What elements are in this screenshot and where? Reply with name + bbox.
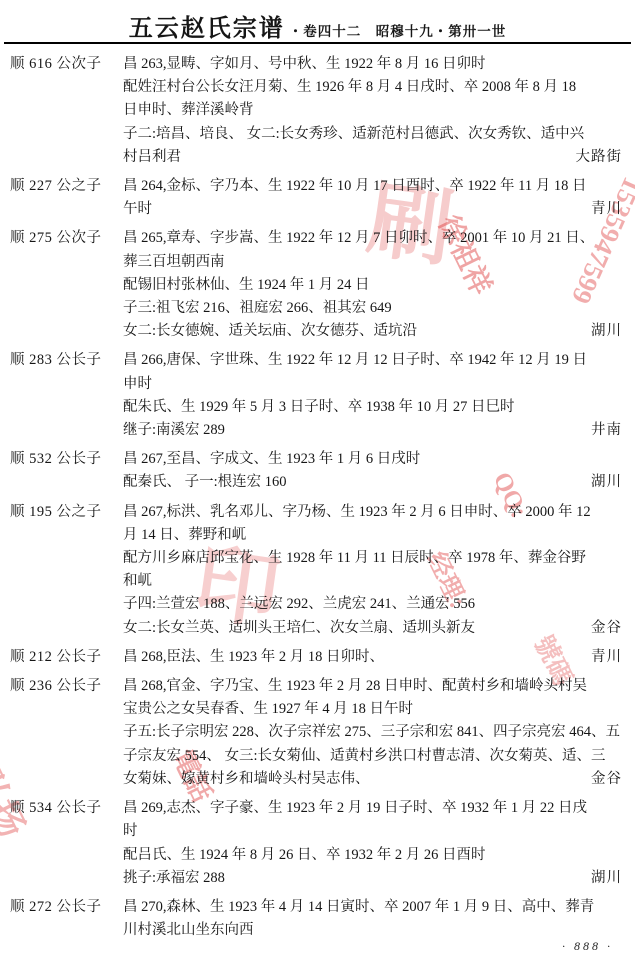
entry-line-text: 昌 265,章寿、字步嵩、生 1922 年 12 月 7 日卯时、卒 2001 … — [123, 227, 594, 250]
genealogy-entry: 顺 227 公之子昌 264,金标、字乃本、生 1922 年 10 月 17 日… — [10, 175, 622, 221]
residence-place: 湖川 — [583, 867, 622, 890]
entry-line: 村吕利君大路街 — [123, 146, 622, 169]
entry-line: 配秦氏、 子一:根连宏 160湖川 — [123, 471, 622, 494]
entry-line: 川村溪北山坐东向西 — [123, 919, 622, 942]
entry-content: 昌 267,至昌、字成文、生 1923 年 1 月 6 日戌时配秦氏、 子一:根… — [123, 448, 622, 494]
entry-line: 昌 269,志杰、字子豪、生 1923 年 2 月 19 日子时、卒 1932 … — [123, 797, 622, 820]
genealogy-entry: 顺 272 公长子昌 270,森林、生 1923 年 4 月 14 日寅时、卒 … — [10, 896, 622, 942]
entry-line: 宝贵公之女吴春香、生 1927 年 4 月 18 日午时 — [123, 698, 622, 721]
residence-place: 青川 — [583, 646, 622, 669]
entry-relation-label: 顺 532 公长子 — [10, 448, 123, 494]
entry-line: 配吕氏、生 1924 年 8 月 26 日、卒 1932 年 2 月 26 日酉… — [123, 844, 622, 867]
entry-line-text: 子二:培昌、培良、 女二:长女秀珍、适新范村吕德武、次女秀钦、适中兴 — [123, 123, 584, 146]
residence-place: 井南 — [583, 419, 622, 442]
entry-line: 葬三百坦朝西南 — [123, 251, 622, 274]
residence-place: 湖川 — [583, 320, 622, 343]
entry-line: 月 14 日、葬野和屼 — [123, 524, 622, 547]
entry-line-text: 宝贵公之女吴春香、生 1927 年 4 月 18 日午时 — [123, 698, 413, 721]
entry-line: 昌 264,金标、字乃本、生 1922 年 10 月 17 日酉时、卒 1922… — [123, 175, 622, 198]
entry-line-text: 昌 264,金标、字乃本、生 1922 年 10 月 17 日酉时、卒 1922… — [123, 175, 586, 198]
entry-line-text: 挑子:承福宏 288 — [123, 867, 225, 890]
entry-relation-label: 顺 272 公长子 — [10, 896, 123, 942]
entry-line: 配锡旧村张林仙、生 1924 年 1 月 24 日 — [123, 274, 622, 297]
entry-line: 继子:南溪宏 289井南 — [123, 419, 622, 442]
genealogy-entry: 顺 616 公次子昌 263,显畴、字如月、号中秋、生 1922 年 8 月 1… — [10, 53, 622, 169]
entry-line: 子五:长子宗明宏 228、次子宗祥宏 275、三子宗和宏 841、四子宗亮宏 4… — [123, 721, 622, 744]
entry-line-text: 继子:南溪宏 289 — [123, 419, 225, 442]
entry-line: 昌 268,官金、字乃宝、生 1923 年 2 月 28 日申时、配黄村乡和墙岭… — [123, 675, 622, 698]
residence-place: 青川 — [583, 198, 622, 221]
entry-relation-label: 顺 227 公之子 — [10, 175, 123, 221]
residence-place: 湖川 — [583, 471, 622, 494]
entry-line: 配朱氏、生 1929 年 5 月 3 日子时、卒 1938 年 10 月 27 … — [123, 396, 622, 419]
entry-line-text: 昌 267,标洪、乳名邓儿、字乃杨、生 1923 年 2 月 6 日申时、卒 2… — [123, 501, 591, 524]
entry-line: 女二:长女兰英、适圳头王培仁、次女兰扇、适圳头新友金谷 — [123, 617, 622, 640]
entry-line-text: 月 14 日、葬野和屼 — [123, 524, 246, 547]
entry-line-text: 昌 268,官金、字乃宝、生 1923 年 2 月 28 日申时、配黄村乡和墙岭… — [123, 675, 587, 698]
entry-line-text: 配吕氏、生 1924 年 8 月 26 日、卒 1932 年 2 月 26 日酉… — [123, 844, 486, 867]
entry-line: 午时青川 — [123, 198, 622, 221]
entry-line: 子四:兰萱宏 188、兰远宏 292、兰虎宏 241、兰通宏 556 — [123, 593, 622, 616]
page-number: · 888 · — [562, 939, 613, 954]
entry-line-text: 配秦氏、 子一:根连宏 160 — [123, 471, 287, 494]
entry-content: 昌 270,森林、生 1923 年 4 月 14 日寅时、卒 2007 年 1 … — [123, 896, 622, 942]
entry-content: 昌 267,标洪、乳名邓儿、字乃杨、生 1923 年 2 月 6 日申时、卒 2… — [123, 501, 622, 640]
entry-content: 昌 266,唐保、字世珠、生 1922 年 12 月 12 日子时、卒 1942… — [123, 349, 622, 442]
entry-line: 昌 267,标洪、乳名邓儿、字乃杨、生 1923 年 2 月 6 日申时、卒 2… — [123, 501, 622, 524]
header-divider — [4, 42, 631, 44]
entry-line-text: 女二:长女德婉、适关坛庙、次女德芬、适坑沿 — [123, 320, 417, 343]
entry-line-text: 昌 270,森林、生 1923 年 4 月 14 日寅时、卒 2007 年 1 … — [123, 896, 594, 919]
page-header: 五云赵氏宗谱 ・卷四十二 昭穆十九・第卅一世 — [0, 8, 635, 43]
entry-line: 日申时、葬洋溪岭背 — [123, 99, 622, 122]
entry-line-text: 配姓汪村台公长女汪月菊、生 1926 年 8 月 4 日戌时、卒 2008 年 … — [123, 76, 576, 99]
entry-line: 女二:长女德婉、适关坛庙、次女德芬、适坑沿湖川 — [123, 320, 622, 343]
entry-line-text: 时 — [123, 820, 138, 843]
entry-line: 昌 270,森林、生 1923 年 4 月 14 日寅时、卒 2007 年 1 … — [123, 896, 622, 919]
entry-content: 昌 263,显畴、字如月、号中秋、生 1922 年 8 月 16 日卯时配姓汪村… — [123, 53, 622, 169]
genealogy-entry: 顺 283 公长子昌 266,唐保、字世珠、生 1922 年 12 月 12 日… — [10, 349, 622, 442]
genealogy-entry: 顺 532 公长子昌 267,至昌、字成文、生 1923 年 1 月 6 日戌时… — [10, 448, 622, 494]
residence-place: 大路街 — [568, 146, 623, 169]
entries: 顺 616 公次子昌 263,显畴、字如月、号中秋、生 1922 年 8 月 1… — [10, 53, 622, 948]
entry-line: 时 — [123, 820, 622, 843]
entry-content: 昌 264,金标、字乃本、生 1922 年 10 月 17 日酉时、卒 1922… — [123, 175, 622, 221]
entry-line: 昌 263,显畴、字如月、号中秋、生 1922 年 8 月 16 日卯时 — [123, 53, 622, 76]
entry-line: 子宗友宏 554、 女三:长女菊仙、适黄村乡洪口村曹志清、次女菊英、适、三 — [123, 745, 622, 768]
entry-relation-label: 顺 236 公长子 — [10, 675, 123, 791]
entry-line: 昌 267,至昌、字成文、生 1923 年 1 月 6 日戌时 — [123, 448, 622, 471]
entry-line-text: 村吕利君 — [123, 146, 181, 169]
entry-line-text: 昌 268,臣法、生 1923 年 2 月 18 日卯时、 — [123, 646, 384, 669]
residence-place: 金谷 — [583, 617, 622, 640]
entry-line-text: 子五:长子宗明宏 228、次子宗祥宏 275、三子宗和宏 841、四子宗亮宏 4… — [123, 721, 620, 744]
entry-content: 昌 269,志杰、字子豪、生 1923 年 2 月 19 日子时、卒 1932 … — [123, 797, 622, 890]
entry-relation-label: 顺 195 公之子 — [10, 501, 123, 640]
genealogy-entry: 顺 275 公次子昌 265,章寿、字步嵩、生 1922 年 12 月 7 日卯… — [10, 227, 622, 343]
entry-line-text: 配朱氏、生 1929 年 5 月 3 日子时、卒 1938 年 10 月 27 … — [123, 396, 515, 419]
genealogy-entry: 顺 195 公之子昌 267,标洪、乳名邓儿、字乃杨、生 1923 年 2 月 … — [10, 501, 622, 640]
entry-line: 昌 268,臣法、生 1923 年 2 月 18 日卯时、青川 — [123, 646, 622, 669]
residence-place: 金谷 — [583, 768, 622, 791]
entry-relation-label: 顺 534 公长子 — [10, 797, 123, 890]
entry-line-text: 昌 266,唐保、字世珠、生 1922 年 12 月 12 日子时、卒 1942… — [123, 349, 587, 372]
genealogy-entry: 顺 212 公长子昌 268,臣法、生 1923 年 2 月 18 日卯时、青川 — [10, 646, 622, 669]
entry-line-text: 昌 263,显畴、字如月、号中秋、生 1922 年 8 月 16 日卯时 — [123, 53, 486, 76]
entry-line: 女菊妹、嫁黄村乡和墙岭头村吴志伟、金谷 — [123, 768, 622, 791]
entry-line-text: 午时 — [123, 198, 152, 221]
entry-line: 配姓汪村台公长女汪月菊、生 1926 年 8 月 4 日戌时、卒 2008 年 … — [123, 76, 622, 99]
entry-line-text: 配锡旧村张林仙、生 1924 年 1 月 24 日 — [123, 274, 370, 297]
entry-relation-label: 顺 212 公长子 — [10, 646, 123, 669]
entry-line: 和屼 — [123, 570, 622, 593]
entry-content: 昌 268,臣法、生 1923 年 2 月 18 日卯时、青川 — [123, 646, 622, 669]
entry-line: 配方川乡麻店邱宝花、生 1928 年 11 月 11 日辰时、卒 1978 年、… — [123, 547, 622, 570]
entry-line: 挑子:承福宏 288湖川 — [123, 867, 622, 890]
entry-line-text: 日申时、葬洋溪岭背 — [123, 99, 254, 122]
entry-relation-label: 顺 283 公长子 — [10, 349, 123, 442]
volume-subtitle: ・卷四十二 昭穆十九・第卅一世 — [289, 24, 507, 39]
entry-relation-label: 顺 616 公次子 — [10, 53, 123, 169]
entry-line-text: 葬三百坦朝西南 — [123, 251, 225, 274]
entry-line-text: 申时 — [123, 373, 152, 396]
genealogy-page: 五云赵氏宗谱 ・卷四十二 昭穆十九・第卅一世 刷印徐祖祥1535947599QQ… — [0, 0, 635, 968]
entry-line: 子三:祖飞宏 216、祖庭宏 266、祖其宏 649 — [123, 297, 622, 320]
entry-line-text: 子宗友宏 554、 女三:长女菊仙、适黄村乡洪口村曹志清、次女菊英、适、三 — [123, 745, 606, 768]
entry-line-text: 配方川乡麻店邱宝花、生 1928 年 11 月 11 日辰时、卒 1978 年、… — [123, 547, 586, 570]
book-title: 五云赵氏宗谱 — [129, 16, 285, 42]
entry-line: 昌 266,唐保、字世珠、生 1922 年 12 月 12 日子时、卒 1942… — [123, 349, 622, 372]
entry-line-text: 昌 269,志杰、字子豪、生 1923 年 2 月 19 日子时、卒 1932 … — [123, 797, 587, 820]
entry-content: 昌 268,官金、字乃宝、生 1923 年 2 月 28 日申时、配黄村乡和墙岭… — [123, 675, 622, 791]
entry-line-text: 子四:兰萱宏 188、兰远宏 292、兰虎宏 241、兰通宏 556 — [123, 593, 475, 616]
entry-line-text: 和屼 — [123, 570, 152, 593]
entry-line-text: 川村溪北山坐东向西 — [123, 919, 254, 942]
entry-line: 申时 — [123, 373, 622, 396]
entry-line-text: 女二:长女兰英、适圳头王培仁、次女兰扇、适圳头新友 — [123, 617, 475, 640]
genealogy-entry: 顺 236 公长子昌 268,官金、字乃宝、生 1923 年 2 月 28 日申… — [10, 675, 622, 791]
entry-line: 昌 265,章寿、字步嵩、生 1922 年 12 月 7 日卯时、卒 2001 … — [123, 227, 622, 250]
entry-line: 子二:培昌、培良、 女二:长女秀珍、适新范村吕德武、次女秀钦、适中兴 — [123, 123, 622, 146]
entry-line-text: 昌 267,至昌、字成文、生 1923 年 1 月 6 日戌时 — [123, 448, 420, 471]
entry-line-text: 女菊妹、嫁黄村乡和墙岭头村吴志伟、 — [123, 768, 370, 791]
genealogy-entry: 顺 534 公长子昌 269,志杰、字子豪、生 1923 年 2 月 19 日子… — [10, 797, 622, 890]
entry-relation-label: 顺 275 公次子 — [10, 227, 123, 343]
entry-content: 昌 265,章寿、字步嵩、生 1922 年 12 月 7 日卯时、卒 2001 … — [123, 227, 622, 343]
entry-line-text: 子三:祖飞宏 216、祖庭宏 266、祖其宏 649 — [123, 297, 392, 320]
